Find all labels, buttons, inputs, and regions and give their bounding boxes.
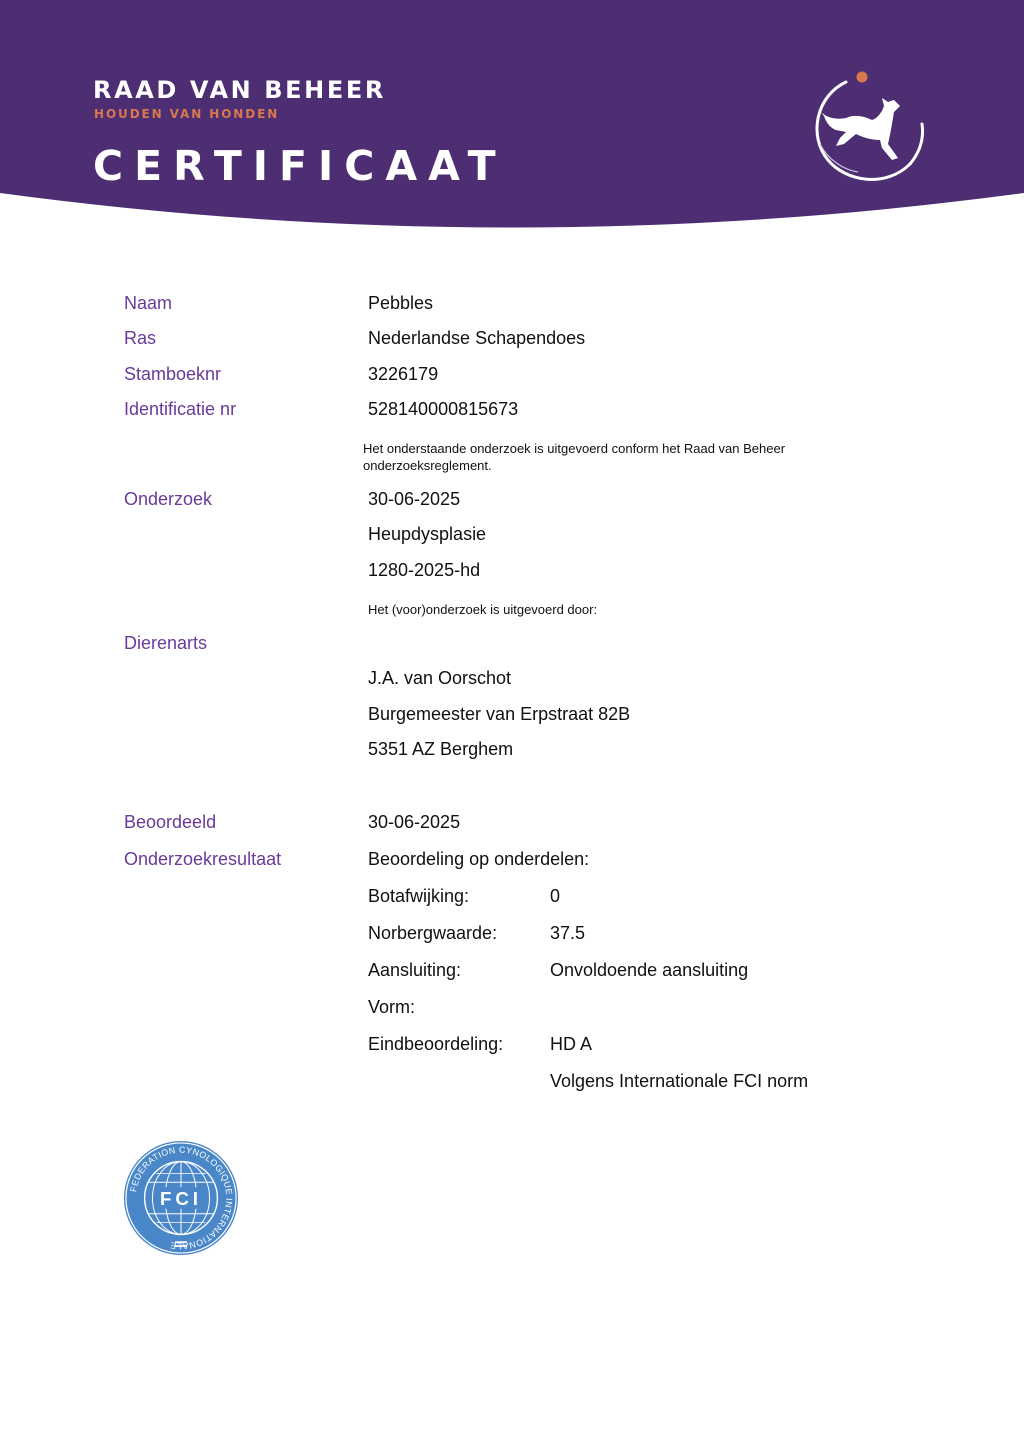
label-identification: Identificatie nr bbox=[124, 398, 236, 420]
label-vet: Dierenarts bbox=[124, 632, 207, 654]
value-identification: 528140000815673 bbox=[368, 398, 518, 420]
value-norm: Volgens Internationale FCI norm bbox=[550, 1070, 808, 1092]
result-item-label: Eindbeoordeling: bbox=[368, 1033, 503, 1055]
result-item-label: Vorm: bbox=[368, 996, 415, 1018]
svg-text:FCI: FCI bbox=[160, 1188, 202, 1209]
value-name: Pebbles bbox=[368, 292, 433, 314]
label-examination: Onderzoek bbox=[124, 488, 212, 510]
brand-tagline: HOUDEN VAN HONDEN bbox=[94, 107, 279, 121]
document-title: CERTIFICAAT bbox=[93, 142, 507, 190]
value-studbook: 3226179 bbox=[368, 363, 438, 385]
fci-seal-icon: FCI FEDERATION CYNOLOGIQUE INTERNATIONAL… bbox=[122, 1139, 240, 1257]
label-studbook: Stamboeknr bbox=[124, 363, 221, 385]
result-item-label: Aansluiting: bbox=[368, 959, 461, 981]
performed-by-note: Het (voor)onderzoek is uitgevoerd door: bbox=[368, 601, 597, 618]
result-item-value: Onvoldoende aansluiting bbox=[550, 959, 748, 981]
label-assessed: Beoordeeld bbox=[124, 811, 216, 833]
value-examination-reference: 1280-2025-hd bbox=[368, 559, 480, 581]
value-vet-street: Burgemeester van Erpstraat 82B bbox=[368, 703, 630, 725]
certificate-header: RAAD VAN BEHEER HOUDEN VAN HONDEN CERTIF… bbox=[0, 0, 1024, 240]
result-item-label: Botafwijking: bbox=[368, 885, 469, 907]
result-item-label: Norbergwaarde: bbox=[368, 922, 497, 944]
result-item-value: 0 bbox=[550, 885, 560, 907]
brand-name: RAAD VAN BEHEER bbox=[93, 76, 386, 104]
value-examination-type: Heupdysplasie bbox=[368, 523, 486, 545]
result-item-value: HD A bbox=[550, 1033, 592, 1055]
value-breed: Nederlandse Schapendoes bbox=[368, 327, 585, 349]
value-result-intro: Beoordeling op onderdelen: bbox=[368, 848, 589, 870]
regulation-note: Het onderstaande onderzoek is uitgevoerd… bbox=[363, 440, 833, 474]
result-item-value: 37.5 bbox=[550, 922, 585, 944]
value-vet-city: 5351 AZ Berghem bbox=[368, 738, 513, 760]
value-assessed-date: 30-06-2025 bbox=[368, 811, 460, 833]
label-name: Naam bbox=[124, 292, 172, 314]
value-vet-name: J.A. van Oorschot bbox=[368, 667, 511, 689]
leaping-dog-icon bbox=[806, 68, 926, 188]
label-breed: Ras bbox=[124, 327, 156, 349]
label-result: Onderzoekresultaat bbox=[124, 848, 281, 870]
value-examination-date: 30-06-2025 bbox=[368, 488, 460, 510]
